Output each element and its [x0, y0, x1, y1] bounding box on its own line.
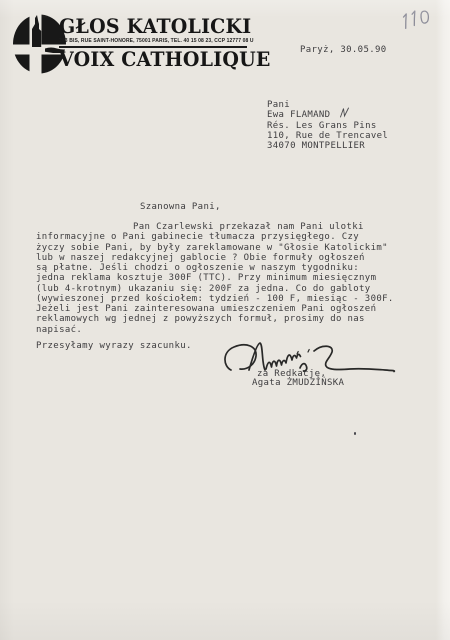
body-line: napisać. — [36, 325, 376, 335]
body-line: lub w naszej redakcyjnej gablocie ? Obie… — [36, 253, 394, 263]
dateline: Paryż, 30.05.90 — [300, 45, 387, 55]
recipient-line: 34070 MONTPELLIER — [267, 141, 388, 151]
body-line: Pan Czarlewski przekazał nam Pani ulotki — [36, 222, 394, 232]
body-line: (wywieszonej przed kościołem: tydzień - … — [36, 294, 394, 304]
recipient-line: Ewa FLAMAND — [267, 110, 388, 120]
body-line: (lub 4-krotnym) ukazaniu się: 200F za je… — [36, 284, 394, 294]
body-paragraph-2: Jeżeli jest Pani zainteresowana umieszcz… — [36, 304, 376, 335]
paper-speck — [354, 432, 356, 435]
salutation: Szanowna Pani, — [140, 202, 221, 212]
body-line: reklamowych wg jednej z powyższych formu… — [36, 314, 376, 324]
masthead-title-polish: GŁOS KATOLICKI — [59, 17, 254, 37]
recipient-address-block: PaniEwa FLAMANDRés. Les Grans Pins110, R… — [267, 100, 388, 151]
masthead-address-line: 263 BIS, RUE SAINT-HONORE, 75001 PARIS, … — [59, 38, 254, 44]
scanned-letter-page: GŁOS KATOLICKI 263 BIS, RUE SAINT-HONORE… — [0, 0, 450, 640]
recipient-line: 110, Rue de Trencavel — [267, 131, 388, 141]
body-paragraph-1: Pan Czarlewski przekazał nam Pani ulotki… — [36, 222, 394, 304]
handwritten-correction-mark — [339, 107, 351, 118]
body-line: są płatne. Jeśli chodzi o ogłoszenie w n… — [36, 263, 394, 273]
body-line: Jeżeli jest Pani zainteresowana umieszcz… — [36, 304, 376, 314]
body-line: życzy sobie Pani, by były zareklamowane … — [36, 243, 394, 253]
body-line: jedna reklama kosztuje 300F (TTC). Przy … — [36, 273, 394, 283]
masthead-title-french: VOIX CATHOLIQUE — [59, 50, 254, 70]
closing-line: Przesyłamy wyrazy szacunku. — [36, 341, 192, 351]
masthead: GŁOS KATOLICKI 263 BIS, RUE SAINT-HONORE… — [59, 17, 254, 69]
signoff-name: Agata ŻMUDZIŃSKA — [252, 378, 344, 388]
body-line: informacyjne o Pani gabinecie tłumacza p… — [36, 232, 394, 242]
handwritten-page-number — [395, 2, 436, 37]
recipient-line: Rés. Les Grans Pins — [267, 121, 388, 131]
recipient-line: Pani — [267, 100, 388, 110]
